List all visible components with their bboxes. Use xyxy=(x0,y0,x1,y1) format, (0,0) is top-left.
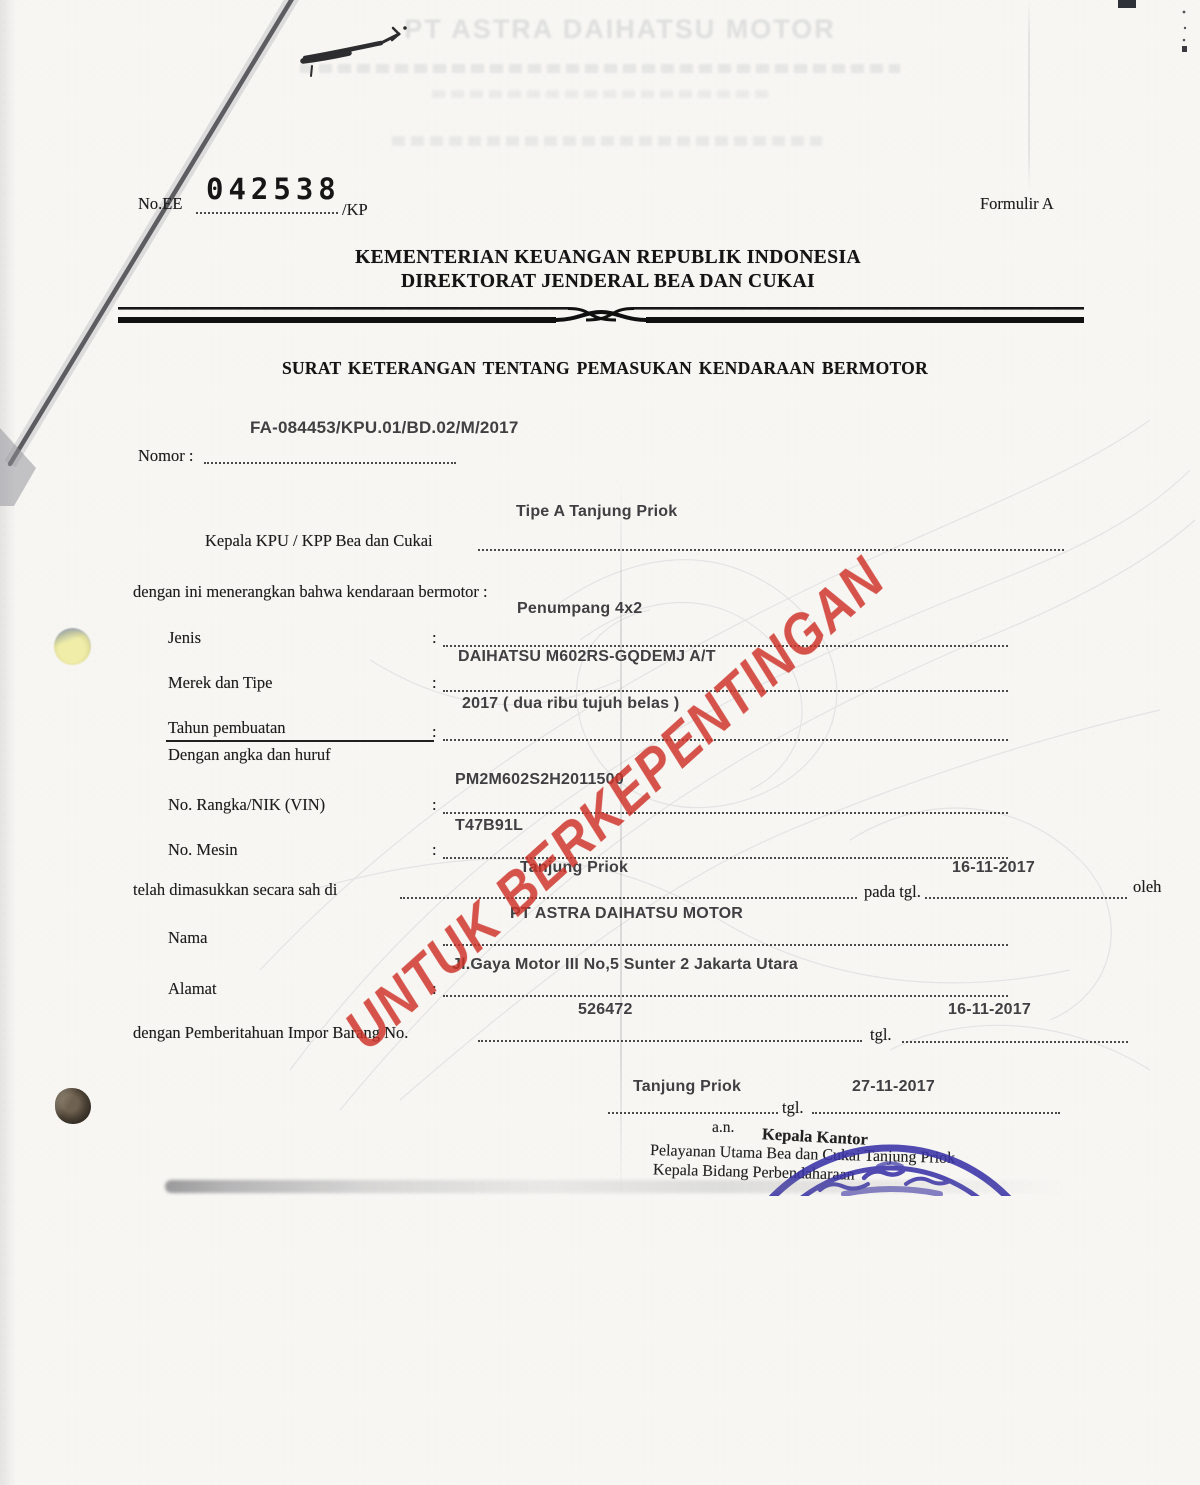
addressee-dotted-line xyxy=(478,522,1064,551)
entry-prefix: telah dimasukkan secara sah di xyxy=(133,880,337,900)
tahun-dotted-line xyxy=(443,712,1008,741)
mesin-label: No. Mesin xyxy=(168,840,238,860)
ministry-line2: DIREKTORAT JENDERAL BEA DAN CUKAI xyxy=(128,270,1088,294)
jenis-dotted-line xyxy=(443,618,1008,647)
signature-tgl-label: tgl. xyxy=(782,1098,804,1118)
jenis-value: Penumpang 4x2 xyxy=(517,600,642,618)
nomor-value: FA-084453/KPU.01/BD.02/M/2017 xyxy=(250,418,519,438)
tahun-label: Tahun pembuatan xyxy=(168,718,286,738)
pen-scribble xyxy=(295,24,425,94)
scanned-customs-form: PT ASTRA DAIHATSU MOTOR No.EE 042538 /KP… xyxy=(0,0,1200,1485)
nomor-dotted-line xyxy=(204,436,456,464)
hole-punch-dark xyxy=(55,1088,91,1124)
no-ee-suffix: /KP xyxy=(342,200,368,220)
alamat-dotted-line xyxy=(443,968,1008,997)
no-ee-label: No.EE xyxy=(138,194,182,214)
vin-dotted-line xyxy=(443,785,1008,814)
smudge-streak xyxy=(165,1180,1065,1193)
entry-pada-tgl-label: pada tgl. xyxy=(864,882,921,902)
merek-colon: : xyxy=(432,673,437,693)
nama-dotted-line xyxy=(443,917,1008,946)
ghost-line xyxy=(392,136,822,146)
nomor-label: Nomor : xyxy=(138,446,193,466)
entry-suffix: oleh xyxy=(1133,877,1161,897)
ghost-header-text: PT ASTRA DAIHATSU MOTOR xyxy=(370,14,870,45)
entry-date-dotted-line xyxy=(925,870,1127,899)
tahun-label2: Dengan angka dan huruf xyxy=(168,745,331,765)
ministry-line1: KEMENTERIAN KEUANGAN REPUBLIK INDONESIA xyxy=(128,246,1088,270)
entry-place-dotted-line xyxy=(400,870,857,899)
pib-number-dotted-line xyxy=(478,1013,862,1042)
signature-an-label: a.n. xyxy=(712,1119,734,1137)
signature-place-dotted-line xyxy=(608,1086,778,1114)
merek-label: Merek dan Tipe xyxy=(168,673,273,693)
alamat-colon: : xyxy=(432,979,437,999)
vin-colon: : xyxy=(432,795,437,815)
pib-prefix: dengan Pemberitahuan Impor Barang No. xyxy=(133,1023,408,1043)
tahun-value: 2017 ( dua ribu tujuh belas ) xyxy=(462,695,679,713)
mesin-colon: : xyxy=(432,840,437,860)
mesin-dotted-line xyxy=(443,830,1008,859)
header-rule xyxy=(118,304,1084,332)
fold-crease-top xyxy=(1028,0,1030,190)
nama-label: Nama xyxy=(168,928,207,948)
formulir-label: Formulir A xyxy=(980,194,1054,214)
ghost-line xyxy=(432,90,772,98)
merek-dotted-line xyxy=(443,663,1008,692)
pib-date-dotted-line xyxy=(902,1014,1128,1043)
scan-artifact-dots xyxy=(1178,4,1194,84)
jenis-label: Jenis xyxy=(168,628,201,648)
pib-tgl-label: tgl. xyxy=(870,1025,892,1045)
jenis-colon: : xyxy=(432,628,437,648)
document-title: SURAT KETERANGAN TENTANG PEMASUKAN KENDA… xyxy=(120,358,1090,379)
signature-date-dotted-line xyxy=(812,1086,1060,1114)
vin-label: No. Rangka/NIK (VIN) xyxy=(168,795,325,815)
intro-text: dengan ini menerangkan bahwa kendaraan b… xyxy=(133,582,488,602)
no-ee-number: 042538 xyxy=(206,172,341,206)
alamat-label: Alamat xyxy=(168,979,217,999)
addressee-value: Tipe A Tanjung Priok xyxy=(516,503,677,521)
addressee-label: Kepala KPU / KPP Bea dan Cukai xyxy=(205,531,433,551)
hole-punch-yellow xyxy=(54,628,91,665)
scan-artifact-square xyxy=(1118,0,1136,8)
tahun-underline xyxy=(166,740,434,742)
tahun-colon: : xyxy=(432,722,437,742)
